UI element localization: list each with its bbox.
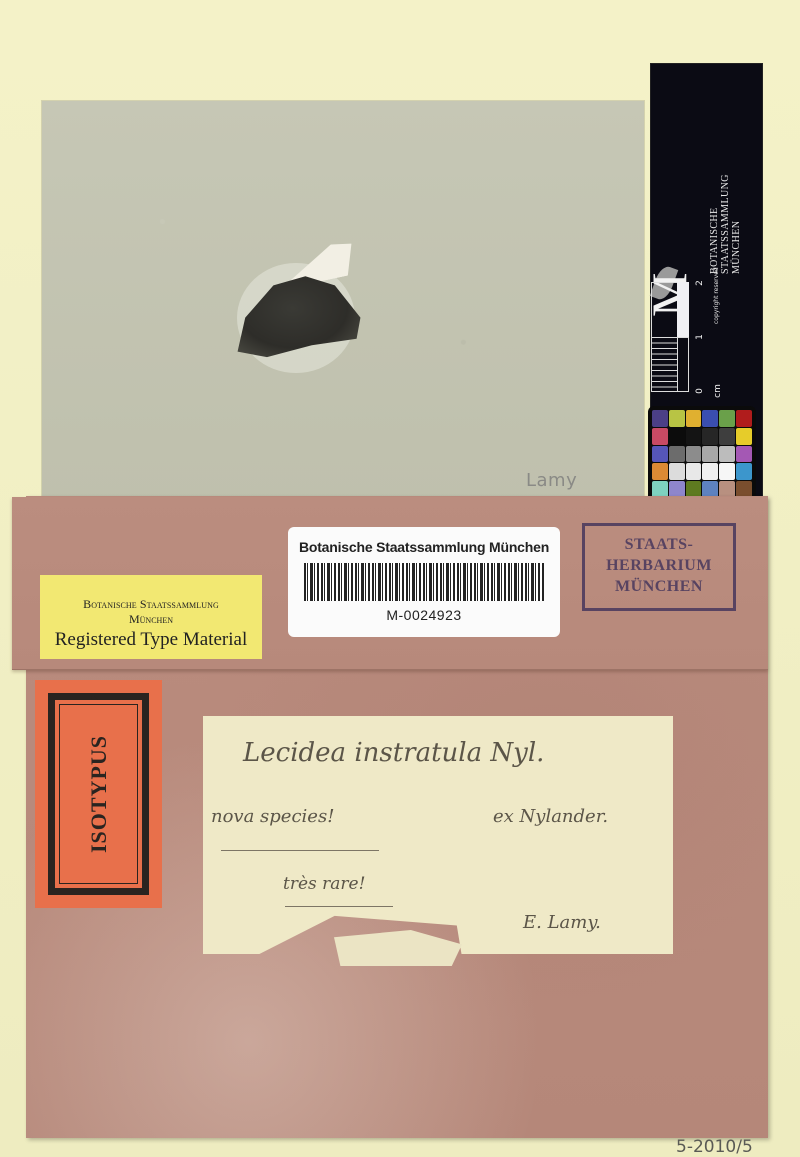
color-swatch — [702, 446, 718, 463]
color-swatch — [652, 463, 668, 480]
color-swatch — [686, 428, 702, 445]
color-swatch — [652, 410, 668, 427]
ruler-ticks — [651, 337, 677, 392]
color-swatch — [719, 428, 735, 445]
accession-note: 5-2010/5 — [676, 1137, 753, 1157]
barcode — [304, 563, 544, 601]
barcode-label: Botanische Staatssammlung München M-0024… — [288, 527, 560, 637]
copyright-text: copyright reserved — [713, 267, 720, 324]
color-swatch — [686, 463, 702, 480]
institution-name: BOTANISCHE STAATSSAMMLUNG MÜNCHEN — [709, 174, 742, 274]
color-calibration-chart — [648, 406, 756, 502]
cm-ruler: 2 1 0 cm — [651, 274, 691, 394]
color-swatch — [652, 446, 668, 463]
registered-type-label: Botanische Staatssammlung München Regist… — [40, 575, 262, 659]
herbarium-stamp: STAATS- HERBARIUM MÜNCHEN — [582, 523, 736, 611]
color-swatch — [719, 446, 735, 463]
color-swatch — [719, 463, 735, 480]
barcode-number: M-0024923 — [288, 607, 560, 623]
lichen-specimen — [235, 245, 365, 375]
taxon-name: Lecidea instratula Nyl. — [243, 738, 544, 768]
pencil-note: Lamy — [526, 470, 577, 491]
color-swatch — [702, 428, 718, 445]
color-swatch — [686, 446, 702, 463]
color-swatch — [669, 428, 685, 445]
color-swatch — [652, 428, 668, 445]
color-swatch — [669, 410, 685, 427]
color-swatch — [702, 463, 718, 480]
color-swatch — [736, 446, 752, 463]
color-swatch — [736, 410, 752, 427]
color-swatch — [686, 410, 702, 427]
handwritten-label: Lecidea instratula Nyl. nova species! ex… — [203, 716, 673, 954]
color-swatch — [702, 410, 718, 427]
color-swatch — [736, 463, 752, 480]
color-swatch — [669, 463, 685, 480]
color-swatch — [719, 410, 735, 427]
color-swatch — [669, 446, 685, 463]
collector-signature: E. Lamy. — [523, 912, 601, 933]
isotypus-label: ISOTYPUS 2 — [35, 680, 162, 908]
color-swatch — [736, 428, 752, 445]
